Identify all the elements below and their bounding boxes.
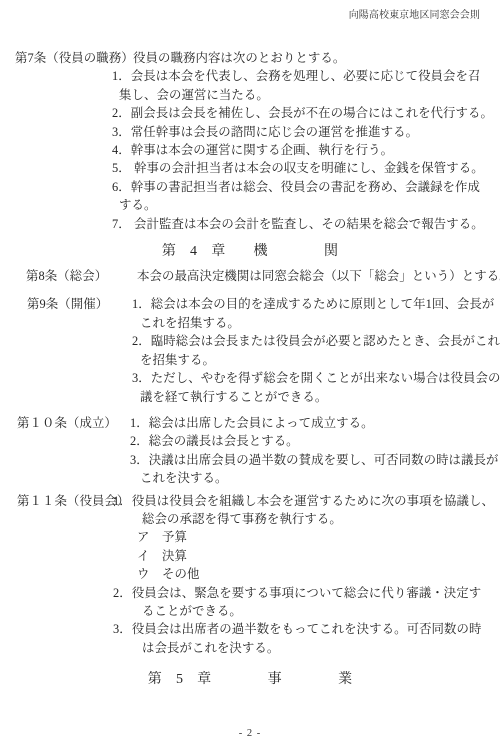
article-row: を招集する。: [140, 351, 500, 369]
article-row: 集し、会の運営に当たる。: [119, 86, 500, 104]
article-row: 本会の最高決定機関は同窓会総会（以下「総会」という）とする。: [137, 267, 500, 285]
article-label: 第8条（総会）: [26, 267, 107, 285]
article-row: これを招集する。: [140, 314, 500, 332]
document-page: 向陽高校東京地区同窓会会則 第7条（役員の職務）役員の職務内容は次のとおりとする…: [0, 0, 500, 748]
article-row: 議を経て執行することができる。: [140, 388, 500, 406]
article-row: 役員の職務内容は次のとおりとする。: [133, 49, 500, 67]
article-row: ウ その他: [137, 565, 500, 583]
article-row: する。: [119, 196, 500, 214]
article-row: イ 決算: [137, 547, 500, 565]
article-row: 2．役員会は、緊急を要する事項について総会に代り審議・決定す: [113, 584, 500, 602]
article-row: 1．総会は本会の目的を達成するために原則として年1回、会長が: [132, 295, 500, 313]
article-9: 第9条（開催）1．総会は本会の目的を達成するために原則として年1回、会長がこれを…: [0, 295, 500, 405]
article-label: 第9条（開催）: [27, 295, 108, 313]
article-row: 1．役員は役員会を組織し本会を運営するために次の事項を協議し、: [113, 492, 500, 510]
article-row: 2．臨時総会は会長または役員会が必要と認めたとき、会長がこれ: [132, 332, 500, 350]
article-row: 2．総会の議長は会長とする。: [130, 432, 500, 450]
page-number: - 2 -: [0, 727, 500, 741]
article-row: は会長がこれを決する。: [142, 639, 500, 657]
article-row: これを決する。: [140, 469, 500, 487]
article-row: ることができる。: [142, 602, 500, 620]
article-row: 3．ただし、やむを得ず総会を開くことが出来ない場合は役員会の: [132, 369, 500, 387]
chapter-4-heading: 第 4 章 機 関: [0, 241, 500, 263]
article-label: 第7条（役員の職務）: [15, 49, 134, 67]
article-label: 第１１条（役員会）: [17, 492, 129, 510]
article-row: 1．総会は出席した会員によって成立する。: [130, 414, 500, 432]
article-row: 6．幹事の書記担当者は総会、役員会の書記を務め、会議録を作成: [112, 178, 500, 196]
article-11: 第１１条（役員会）1．役員は役員会を組織し本会を運営するために次の事項を協議し、…: [0, 492, 500, 658]
article-row: 5． 幹事の会計担当者は本会の収支を明確にし、金銭を保管する。: [112, 159, 500, 177]
article-row: 3．決議は出席会員の過半数の賛成を要し、可否同数の時は議長が: [130, 451, 500, 469]
document-title: 向陽高校東京地区同窓会会則: [0, 9, 500, 23]
article-row: 総会の承認を得て事務を執行する。: [142, 510, 500, 528]
article-10: 第１０条（成立）1．総会は出席した会員によって成立する。2．総会の議長は会長とす…: [0, 414, 500, 488]
article-row: 7． 会計監査は本会の会計を監査し、その結果を総会で報告する。: [112, 215, 500, 233]
article-row: 1．会長は本会を代表し、会務を処理し、必要に応じて役員会を召: [112, 67, 500, 85]
article-7: 第7条（役員の職務）役員の職務内容は次のとおりとする。1．会長は本会を代表し、会…: [0, 49, 500, 233]
chapter-5-heading: 第 5 章 事 業: [0, 669, 500, 691]
article-label: 第１０条（成立）: [17, 414, 117, 432]
article-row: 2．副会長は会長を補佐し、会長が不在の場合にはこれを代行する。: [112, 104, 500, 122]
article-row: 3．役員会は出席者の過半数をもってこれを決する。可否同数の時: [113, 620, 500, 638]
article-row: 4．幹事は本会の運営に関する企画、執行を行う。: [112, 141, 500, 159]
article-row: ア 予算: [137, 528, 500, 546]
article-8: 第8条（総会）本会の最高決定機関は同窓会総会（以下「総会」という）とする。: [0, 267, 500, 285]
article-row: 3．常任幹事は会長の諮問に応じ会の運営を推進する。: [112, 123, 500, 141]
